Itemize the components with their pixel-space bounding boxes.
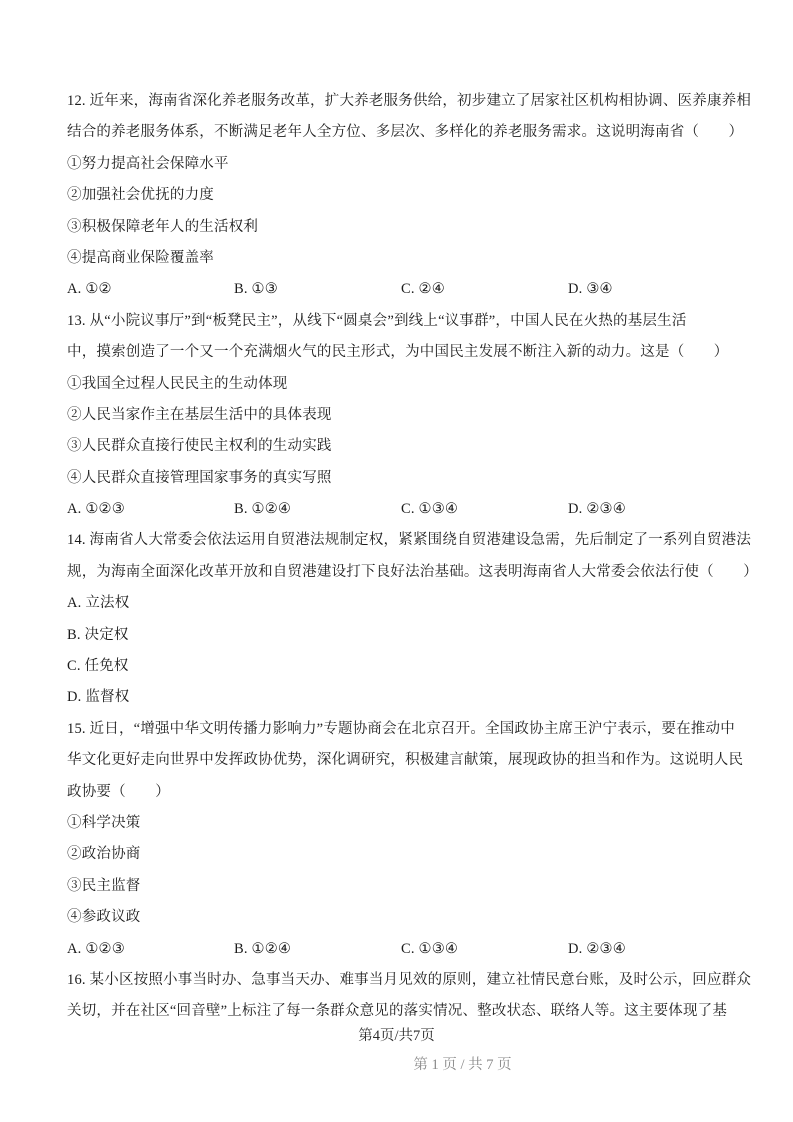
question-14: 14. 海南省人大常委会依法运用自贸港法规制定权，紧紧围绕自贸港建设急需，先后制…: [67, 525, 728, 713]
question-stem-line: 16. 某小区按照小事当时办、急事当天办、难事当月见效的原则，建立社情民意台账，…: [67, 965, 728, 996]
choices-row: A. ①②③ B. ①②④ C. ①③④ D. ②③④: [67, 494, 728, 525]
option-line: ④人民群众直接管理国家事务的真实写照: [67, 463, 728, 494]
document-page-number: 第4页/共7页: [0, 1026, 793, 1046]
viewer-page-number: 第 1 页 / 共 7 页: [66, 1055, 793, 1075]
option-line: ②政治协商: [67, 839, 728, 870]
option-line: ①努力提高社会保障水平: [67, 149, 728, 180]
question-stem-line: 14. 海南省人大常委会依法运用自贸港法规制定权，紧紧围绕自贸港建设急需，先后制…: [67, 525, 728, 556]
question-stem-line: 政协要（ ）: [67, 777, 728, 808]
choice-a: A. ①②③: [67, 494, 234, 525]
choice-d: D. ②③④: [568, 934, 626, 965]
option-line: ①我国全过程人民民主的生动体现: [67, 369, 728, 400]
option-line: B. 决定权: [67, 620, 728, 651]
choice-b: B. ①②④: [234, 494, 401, 525]
question-stem-line: 12. 近年来，海南省深化养老服务改革，扩大养老服务供给，初步建立了居家社区机构…: [67, 86, 728, 117]
choice-d: D. ②③④: [568, 494, 626, 525]
choice-c: C. ①③④: [401, 494, 568, 525]
question-15: 15. 近日，“增强中华文明传播力影响力”专题协商会在北京召开。全国政协主席王沪…: [67, 714, 728, 965]
exam-page: { "page": { "doc_page_footer": "第4页/共7页"…: [0, 0, 793, 1122]
choice-a: A. ①②③: [67, 934, 234, 965]
question-stem-line: 结合的养老服务体系，不断满足老年人全方位、多层次、多样化的养老服务需求。这说明海…: [67, 117, 728, 148]
question-stem-line: 规，为海南全面深化改革开放和自贸港建设打下良好法治基础。这表明海南省人大常委会依…: [67, 557, 728, 588]
question-stem-line: 关切，并在社区“回音壁”上标注了每一条群众意见的落实情况、整改状态、联络人等。这…: [67, 996, 728, 1027]
option-line: ②加强社会优抚的力度: [67, 180, 728, 211]
option-line: ③人民群众直接行使民主权利的生动实践: [67, 431, 728, 462]
question-12: 12. 近年来，海南省深化养老服务改革，扩大养老服务供给，初步建立了居家社区机构…: [67, 86, 728, 306]
option-line: D. 监督权: [67, 682, 728, 713]
question-stem-line: 13. 从“小院议事厅”到“板凳民主”，从线下“圆桌会”到线上“议事群”，中国人…: [67, 306, 728, 337]
option-line: ②人民当家作主在基层生活中的具体表现: [67, 400, 728, 431]
option-line: ④参政议政: [67, 902, 728, 933]
choice-a: A. ①②: [67, 274, 234, 305]
choices-row: A. ①②③ B. ①②④ C. ①③④ D. ②③④: [67, 934, 728, 965]
choice-d: D. ③④: [568, 274, 613, 305]
option-line: C. 任免权: [67, 651, 728, 682]
choice-b: B. ①②④: [234, 934, 401, 965]
option-line: A. 立法权: [67, 588, 728, 619]
question-16: 16. 某小区按照小事当时办、急事当天办、难事当月见效的原则，建立社情民意台账，…: [67, 965, 728, 1028]
question-stem-line: 15. 近日，“增强中华文明传播力影响力”专题协商会在北京召开。全国政协主席王沪…: [67, 714, 728, 745]
question-13: 13. 从“小院议事厅”到“板凳民主”，从线下“圆桌会”到线上“议事群”，中国人…: [67, 306, 728, 526]
option-line: ③民主监督: [67, 871, 728, 902]
choice-c: C. ②④: [401, 274, 568, 305]
document-content: 12. 近年来，海南省深化养老服务改革，扩大养老服务供给，初步建立了居家社区机构…: [67, 86, 728, 1028]
option-line: ③积极保障老年人的生活权利: [67, 212, 728, 243]
option-line: ①科学决策: [67, 808, 728, 839]
question-stem-line: 华文化更好走向世界中发挥政协优势，深化调研究，积极建言献策，展现政协的担当和作为…: [67, 745, 728, 776]
choice-b: B. ①③: [234, 274, 401, 305]
choices-row: A. ①② B. ①③ C. ②④ D. ③④: [67, 274, 728, 305]
question-stem-line: 中，摸索创造了一个又一个充满烟火气的民主形式，为中国民主发展不断注入新的动力。这…: [67, 337, 728, 368]
choice-c: C. ①③④: [401, 934, 568, 965]
option-line: ④提高商业保险覆盖率: [67, 243, 728, 274]
